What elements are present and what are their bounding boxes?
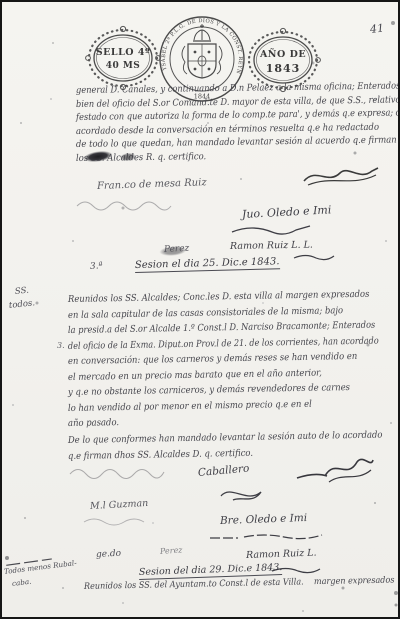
- handwritten-line: de todo lo que quedan, han mandado levan…: [76, 136, 397, 150]
- signature-oledo-2: Bre. Oledo e Imi: [220, 513, 308, 527]
- left-stamp-garland: [89, 30, 157, 86]
- faint-scribble: [77, 198, 173, 212]
- crown-icon: [193, 24, 211, 41]
- handwritten-line: Reunidos los SS. Alcaldes; Conc.les D. e…: [68, 290, 370, 305]
- ornament-ring-icon: [86, 56, 91, 61]
- left-stamp-line2: 40 MS: [106, 61, 141, 71]
- session1-heading: Sesion el dia 25. Dic.e 1843.: [135, 257, 280, 273]
- handwritten-line: año pasado.: [68, 418, 119, 428]
- session2-heading: Sesion del dia 29. Dic.e 1843.: [139, 563, 283, 579]
- signature-perez: Perez: [164, 245, 190, 255]
- handwritten-line: bien del oficio del S.or Comand.te D. ma…: [76, 94, 400, 108]
- rubric-flourish: [208, 532, 324, 542]
- handwritten-line: el mercado en un precio mas barato que e…: [68, 368, 322, 382]
- signature-ruiz-2: Ramon Ruiz L.: [246, 549, 317, 561]
- shield-icon: [182, 44, 222, 78]
- session1-margin-number: 3.ª: [90, 262, 103, 272]
- session2-margin-note: ge.do: [96, 550, 122, 560]
- rubric-flourish: [295, 454, 375, 486]
- handwritten-line: festado con que autoriza la forma de lo …: [76, 108, 400, 122]
- handwritten-line: De lo que conformes han mandado levantar…: [68, 431, 383, 446]
- right-stamp-line2: 1843: [266, 62, 301, 75]
- rubric-flourish: [230, 224, 312, 238]
- folio-number: 41: [369, 23, 384, 35]
- handwritten-line: lo han vendido al por menor en el mismo …: [68, 399, 312, 413]
- paper-speckles: [2, 2, 4, 4]
- session1-body-margin: 3.: [57, 342, 65, 350]
- handwritten-line: en conversación: que los carneros y demá…: [68, 352, 357, 366]
- rubric-flourish: [302, 165, 380, 189]
- signature-mesa-ruiz: Fran.co de mesa Ruiz: [97, 178, 207, 192]
- rubric-flourish: [292, 253, 336, 263]
- faint-scribble: [70, 464, 166, 480]
- handwritten-line: del oficio de la Exma. Diput.on Prov.l d…: [68, 336, 379, 351]
- attendees-margin-line: SS.: [15, 287, 30, 297]
- signature-perez-small: Perez: [160, 546, 183, 556]
- attendees-margin-line: todos.: [9, 299, 36, 310]
- signature-ruiz: Ramon Ruiz L. L.: [230, 241, 313, 252]
- left-stamp: SELLO 4º 40 MS: [84, 26, 162, 90]
- right-stamp-garland: [249, 32, 317, 88]
- document-page: 41 SELLO 4º 40 MS YSABEL 2ª P.L.G. DE DI…: [0, 0, 400, 619]
- faint-scribble: [84, 516, 154, 526]
- rubric-flourish: [217, 486, 265, 500]
- handwritten-line: la presid.a del S.or Alcalde 1.º Const.l…: [68, 321, 375, 336]
- bottom-margin-line: caba.: [12, 578, 32, 588]
- handwritten-line: en la sala capitular de las casas consis…: [68, 306, 343, 320]
- handwritten-line: Reunidos los SS. del Ayuntam.to Const.l …: [84, 576, 395, 591]
- left-stamp-line1: SELLO 4º: [96, 47, 150, 58]
- handwritten-line: y q.e no obstante los carniceros, y demá…: [68, 383, 350, 397]
- handwritten-line: q.e firman dhos SS. Alcaldes D. q. certi…: [68, 448, 253, 461]
- handwritten-line: acordado desde la conversación en términ…: [76, 122, 379, 136]
- signature-guzman: M.l Guzman: [90, 499, 149, 512]
- right-stamp-line1: AÑO DE: [259, 48, 306, 60]
- signature-caballero: Caballero: [198, 464, 250, 479]
- signature-oledo: Juo. Oledo e Imi: [242, 204, 332, 220]
